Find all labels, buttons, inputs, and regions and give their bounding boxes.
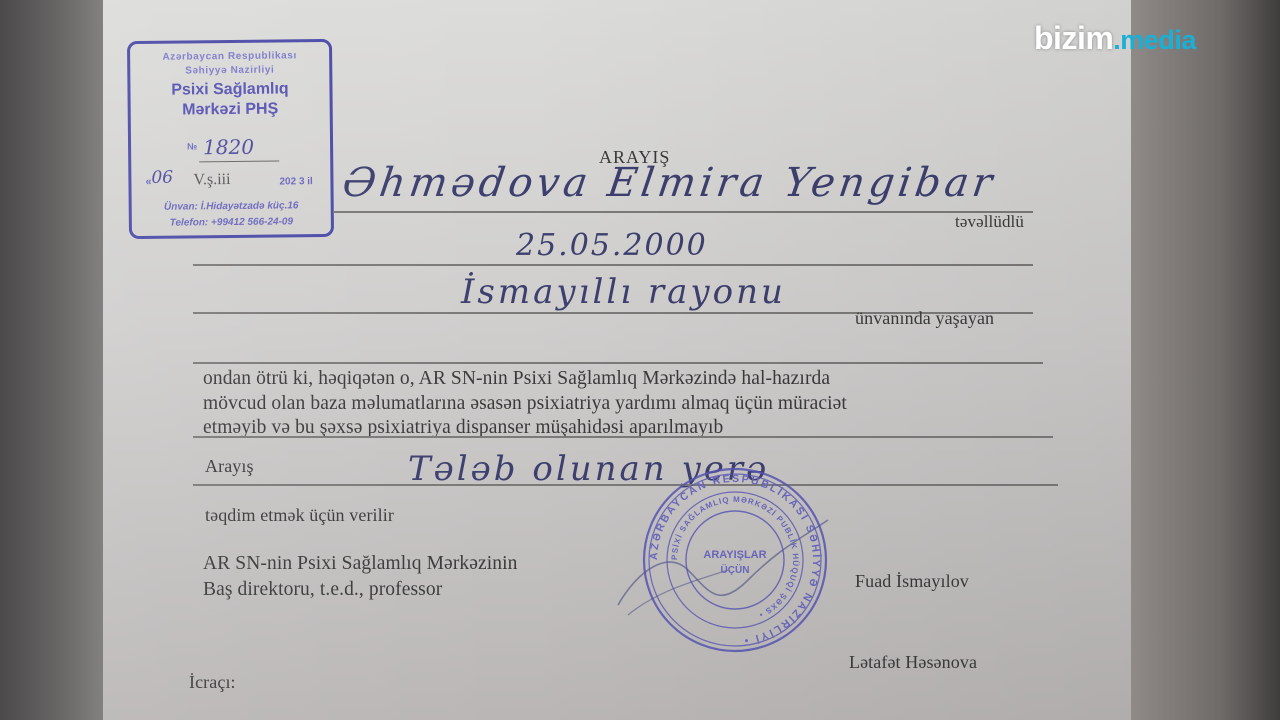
handwritten-birthdate: 25.05.2000: [516, 228, 708, 263]
round-stamp-center-2: ÜÇÜN: [721, 563, 750, 576]
handwritten-address: İsmayıllı rayonu: [461, 272, 786, 312]
round-stamp-center-1: ARAYIŞLAR: [703, 549, 766, 561]
birthdate-line: [193, 264, 1033, 266]
stamp-date-year: 202 3 il: [279, 176, 312, 187]
label-address: ünvanında yaşayan: [855, 308, 994, 329]
stamp-date-day: 06: [151, 168, 173, 188]
logo-suffix-text: media: [1120, 25, 1196, 55]
stamp-country: Azərbaycan Respublikası: [130, 50, 329, 63]
signatory-name: Fuad İsmayılov: [855, 571, 969, 592]
background-left: [0, 0, 103, 720]
round-stamp: AZƏRBAYCAN RESPUBLİKASI SƏHİYYƏ NAZİRLİY…: [640, 465, 830, 655]
blank-line: [193, 362, 1043, 364]
stamp-phone: Telefon: +99412 566-24-09: [132, 216, 331, 229]
body-line-2: mövcud olan baza məlumatlarına əsasən ps…: [203, 393, 847, 415]
stamp-org-line2: Mərkəzi PHŞ: [131, 100, 330, 120]
stamp-number-line: [199, 160, 279, 162]
label-birth: təvəllüdlü: [955, 212, 1024, 232]
label-executor: İcraçı:: [189, 672, 236, 693]
body-line: [193, 436, 1053, 438]
stamp-date-month: V.ş.iii: [193, 171, 230, 189]
stamp-number-label: №: [187, 141, 197, 151]
signatory-title-line1: AR SN-nin Psixi Sağlamlıq Mərkəzinin: [203, 553, 518, 575]
bizim-media-logo: bizim.media: [1034, 22, 1196, 54]
label-certificate: Arayış: [205, 456, 254, 477]
signatory-title-line2: Baş direktoru, t.e.d., professor: [203, 579, 442, 601]
executor-name: Lətafət Həsənova: [849, 652, 977, 673]
background-right: [1131, 0, 1280, 720]
body-line-1: ondan ötrü ki, həqiqətən o, AR SN-nin Ps…: [203, 368, 830, 390]
stamp-address: Ünvan: İ.Hidayətzadə küç.16: [132, 200, 331, 213]
purpose-line: [193, 484, 1058, 486]
handwritten-name: Əhmədova Elmira Yengibar: [340, 160, 999, 206]
logo-main-text: bizim: [1034, 20, 1113, 56]
name-line: [333, 211, 1033, 213]
stamp-number-value: 1820: [203, 135, 254, 160]
stamp-ministry: Səhiyyə Nazirliyi: [130, 64, 329, 77]
rectangular-stamp: Azərbaycan Respublikası Səhiyyə Nazirliy…: [127, 39, 334, 239]
certificate-paper: Azərbaycan Respublikası Səhiyyə Nazirliy…: [103, 0, 1131, 720]
stamp-org-line1: Psixi Sağlamlıq: [130, 80, 329, 100]
label-issued: təqdim etmək üçün verilir: [205, 505, 394, 526]
